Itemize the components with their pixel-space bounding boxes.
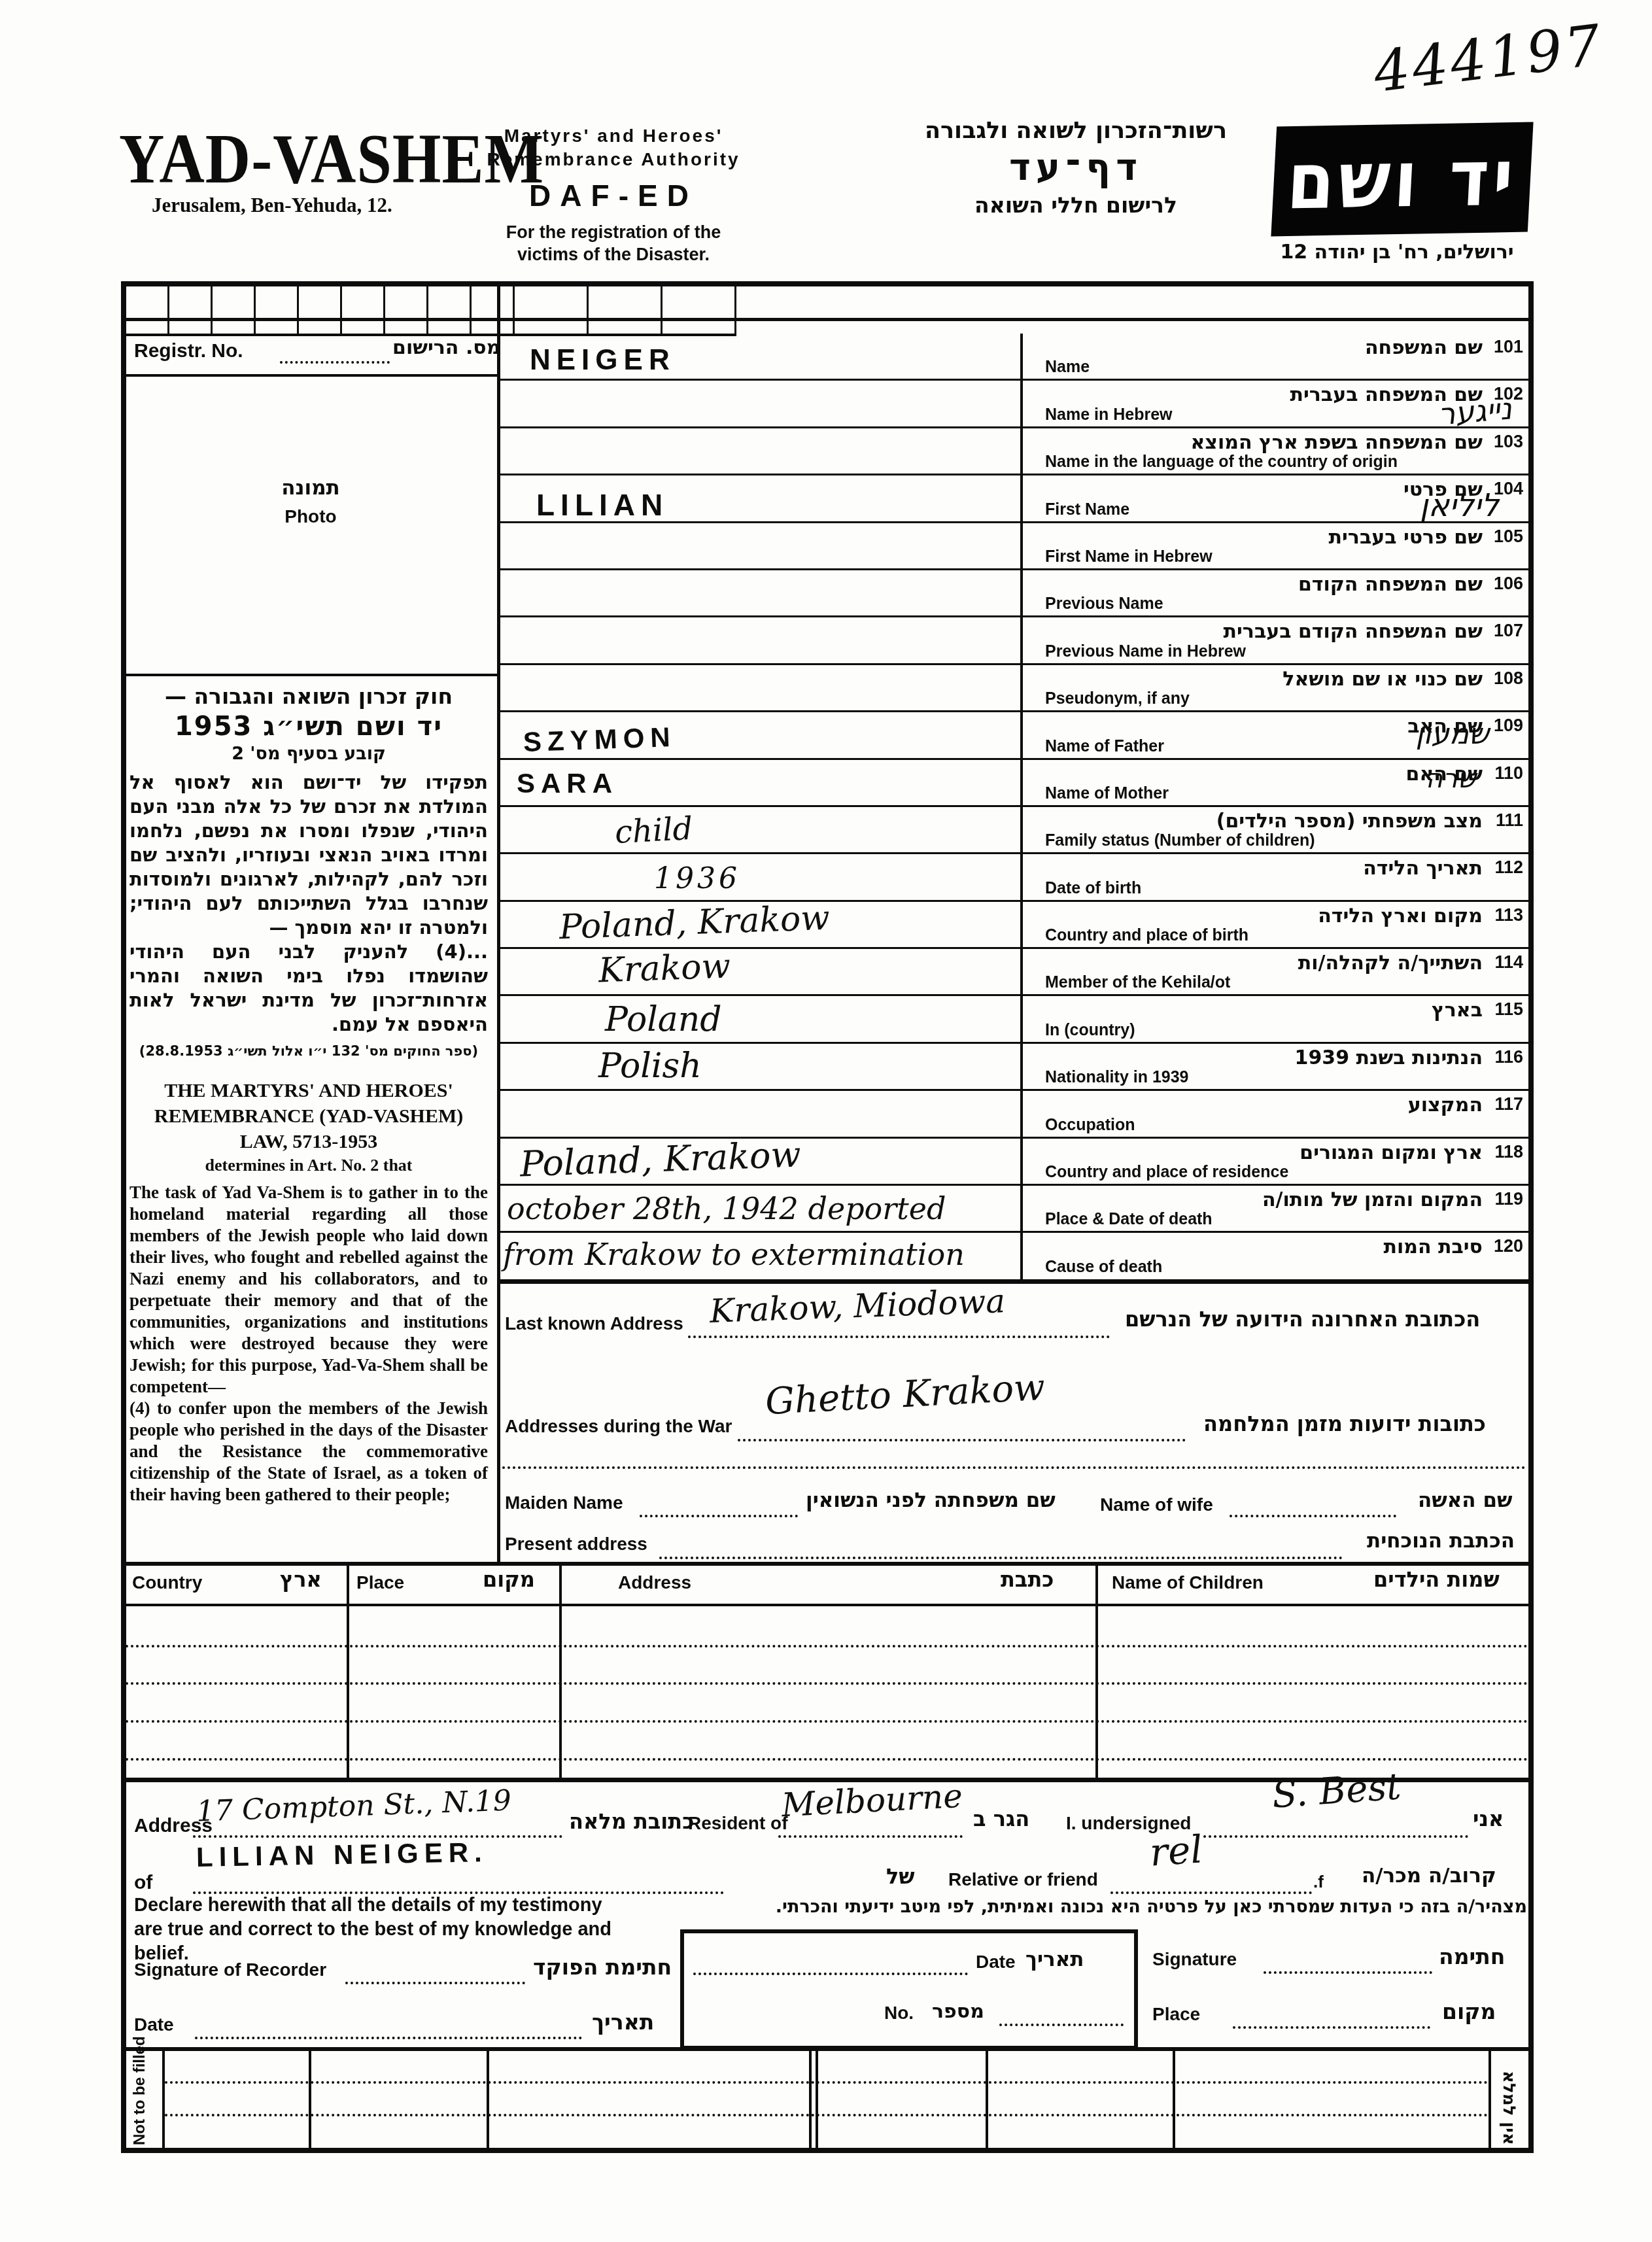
undersigned-label-hebrew: אני [1473,1806,1504,1831]
field-row-113: מקום וארץ הלידה113Country and place of b… [500,902,1528,949]
date-line [195,2037,582,2039]
field-row-110: שם האם110Name of MotherSARAשרה [500,760,1528,807]
grid-cell [256,286,299,334]
relative-or-friend-value: rel [1148,1827,1204,1874]
official-no-line [999,2024,1124,2026]
box-border-right [1528,281,1534,2153]
field-105-number: 105 [1494,526,1523,547]
field-109-number: 109 [1494,716,1523,736]
field-117-label-hebrew: המקצוע [1408,1094,1483,1116]
grid-cell [213,286,256,334]
law-he-clause: ...(4) להעניק לבני העם היהודי שהושמדו נפ… [129,940,488,1037]
authority-line-1: Martyrs' and Heroes' [443,124,783,148]
war-addresses-label: Addresses during the War [505,1416,732,1437]
field-112-number: 112 [1494,857,1523,878]
field-row-106: שם המשפחה הקודם106Previous Name [500,570,1528,617]
field-115-label: In (country) [1045,1021,1135,1040]
resident-of-label: Resident of [688,1813,787,1834]
table-divider [1095,1566,1098,1780]
field-row-116: הנתינות בשנת 1939116Nationality in 1939P… [500,1044,1528,1091]
field-119-label-hebrew: המקום והזמן של מותו/ה [1262,1188,1483,1211]
field-119-label: Place & Date of death [1045,1210,1213,1229]
field-114-number: 114 [1494,952,1523,973]
undersigned-signature-value: S. Best [1271,1765,1403,1817]
present-address-label: Present address [505,1534,647,1555]
of-value: LILIAN NEIGER. [196,1837,488,1873]
grid-cell [663,286,736,334]
last-known-address-label-hebrew: הכתובת האחרונה הידועה של הנרשם [1125,1307,1480,1332]
children-col-country: Country [132,1572,202,1593]
box-border-top [121,281,1534,286]
field-119-value: october 28th, 1942 deported [507,1191,946,1226]
grid-cell [589,286,663,334]
grid-cell [126,286,169,334]
field-114-label: Member of the Kehila/ot [1045,973,1230,992]
field-120-number: 120 [1494,1236,1523,1256]
table-divider [309,2051,311,2148]
field-119-number: 119 [1494,1189,1523,1209]
field-102-label: Name in Hebrew [1045,405,1173,424]
children-row-line [126,1645,1528,1647]
declaration-address-value: 17 Compton St., N.19 [196,1784,511,1829]
field-109-value-hebrew: שמעון [1415,717,1489,751]
purpose-line-2: victims of the Disaster. [443,243,783,266]
logo-text: יד ושם [1285,131,1520,227]
children-col-country-hebrew: ארץ [280,1567,322,1592]
signature-line [1264,1971,1432,1974]
not-to-be-filled-label: Not to be filled [131,2054,149,2145]
field-108-label: Pseudonym, if any [1045,689,1190,708]
field-116-value: Polish [598,1046,702,1086]
field-102-value-hebrew: נייגער [1437,391,1513,433]
law-he-subtitle: קובע בסעיף מס' 2 [129,743,488,765]
field-row-104: שם פרטי104First NameLILIANליליאן [500,475,1528,523]
children-col-children-hebrew: שמות הילדים [1373,1567,1500,1592]
purpose-line-1: For the registration of the [443,221,783,243]
law-en-body: The task of Yad Va-Shem is to gather in … [129,1182,488,1398]
table-divider [347,1566,349,1780]
authority-hebrew: רשות־הזכרון לשואה ולגבורה [909,116,1243,145]
field-103-label-hebrew: שם המשפחה בשפת ארץ המוצא [1191,431,1483,454]
war-addresses-value: Ghetto Krakow [765,1366,1046,1423]
field-row-114: השתייך/ה לקהלה/ות114Member of the Kehila… [500,949,1528,996]
field-114-value: Krakow [598,947,731,991]
children-row-line [126,1720,1528,1723]
form-name: DAF-ED [443,178,783,213]
hebrew-header-block: רשות־הזכרון לשואה ולגבורה דף־עד לרישום ח… [909,116,1243,220]
signature-label-hebrew: חתימה [1439,1944,1505,1969]
grid-cell [515,286,589,334]
children-table-header-border [121,1604,1534,1606]
field-101-number: 101 [1494,337,1523,357]
present-address-line [659,1557,1343,1559]
field-row-112: תאריך הלידה112Date of birth1936 [500,854,1528,901]
grid-cell [342,286,385,334]
field-109-label: Name of Father [1045,737,1164,756]
field-107-label-hebrew: שם המשפחה הקודם בעברית [1224,620,1483,643]
maiden-name-line [640,1515,798,1517]
field-row-107: שם המשפחה הקודם בעברית107Previous Name i… [500,617,1528,664]
field-section-top-border [124,318,1528,321]
field-107-label: Previous Name in Hebrew [1045,642,1246,661]
field-105-label: First Name in Hebrew [1045,547,1213,566]
official-date-line [693,1973,968,1975]
official-no-label: No. [884,2003,914,2024]
maiden-name-label-hebrew: שם משפחתה לפני הנשואין [806,1489,1056,1512]
official-date-label-hebrew: תאריך [1025,1948,1084,1971]
signature-of-recorder-line [345,1982,525,1984]
field-118-value: Poland, Krakow [519,1133,802,1184]
field-104-label: First Name [1045,500,1129,519]
signature-label: Signature [1152,1949,1237,1970]
law-en-title: THE MARTYRS' AND HEROES' REMEMBRANCE (YA… [129,1078,488,1154]
field-110-number: 110 [1494,763,1523,784]
not-to-be-filled-label-hebrew: אין למלא [1499,2054,1519,2145]
field-row-118: ארץ ומקום המגורים118Country and place of… [500,1139,1528,1186]
field-108-number: 108 [1494,668,1523,689]
bottom-table-top [121,2047,1534,2051]
table-divider [809,2051,812,2148]
registr-no-line [280,361,390,364]
field-row-102: שם המשפחה בעברית102Name in Hebrewנייגער [500,381,1528,428]
field-116-number: 116 [1494,1047,1523,1067]
wife-name-line [1230,1515,1396,1517]
table-divider [1173,2051,1175,2148]
field-117-number: 117 [1494,1094,1523,1114]
war-addresses-line [738,1439,1186,1441]
table-divider [816,2051,818,2148]
field-111-number: 111 [1496,810,1523,831]
field-111-value: child [614,810,694,851]
photo-label: Photo [124,506,497,527]
declaration-text-hebrew: מצהיר/ה בזה כי העדות שמסרתי כאן על פרטיה… [661,1897,1527,1917]
field-row-120: סיבת המות120Cause of deathfrom Krakow to… [500,1233,1528,1278]
children-col-place: Place [356,1572,404,1593]
field-110-label: Name of Mother [1045,784,1169,803]
field-118-label: Country and place of residence [1045,1163,1288,1182]
field-row-111: מצב משפחתי (מספר הילדים)111Family status… [500,807,1528,854]
law-he-title2: יד ושם תשי״ג 1953 [129,710,488,743]
handwritten-file-number: 444197 [1370,12,1607,105]
date-label-hebrew: תאריך [592,2009,654,2035]
field-109-value: SZYMON [523,721,676,758]
relative-suffix: .f [1313,1872,1324,1892]
divider [124,674,498,676]
field-107-number: 107 [1494,621,1523,641]
resident-of-line [778,1835,963,1838]
field-116-label-hebrew: הנתינות בשנת 1939 [1295,1046,1483,1069]
field-row-117: המקצוע117Occupation [500,1091,1528,1138]
field-115-value: Poland [605,1000,722,1039]
official-no-label-hebrew: מספר [932,2000,984,2023]
field-104-value: LILIAN [536,487,668,523]
field-116-label: Nationality in 1939 [1045,1068,1189,1087]
undersigned-line [1203,1835,1468,1838]
field-112-label: Date of birth [1045,879,1141,898]
field-120-label: Cause of death [1045,1258,1162,1277]
last-known-address-line [688,1336,1110,1338]
authority-line-2: Remembrance Authority [443,148,783,171]
field-115-number: 115 [1494,999,1523,1020]
divider-dotted [502,1466,1526,1469]
of-label: of [134,1872,152,1894]
children-row-line [126,1758,1528,1761]
box-border-left [121,281,126,2153]
org-city-hebrew: ירושלים, רח' בן יהודה 12 [1262,241,1532,264]
wife-name-label: Name of wife [1100,1494,1213,1515]
place-line [1233,2026,1430,2029]
law-he-citation: (ספר החוקים מס' 132 י״ו אלול תשי״ג 28.8.… [129,1043,488,1059]
bottom-table-row-line [165,2081,1489,2084]
field-112-value: 1936 [654,862,740,895]
field-106-label: Previous Name [1045,595,1163,613]
signature-of-recorder-label-hebrew: חתימת הפוקד [533,1954,672,1980]
registration-code-boxes [126,286,736,336]
field-105-label-hebrew: שם פרטי בעברית [1329,526,1483,549]
law-he-title: חוק זכרון השואה והגבורה — [129,683,488,710]
field-111-label: Family status (Number of children) [1045,831,1315,850]
last-known-address-label: Last known Address [505,1313,683,1334]
field-113-label: Country and place of birth [1045,926,1248,945]
grid-cell [428,286,472,334]
form-name-hebrew: דף־עד [909,145,1243,191]
org-city: Jerusalem, Ben-Yehuda, 12. [152,194,392,217]
divider [124,374,498,377]
grid-cell [385,286,428,334]
children-col-address-hebrew: כתבת [1001,1567,1054,1592]
field-111-label-hebrew: מצב משפחתי (מספר הילדים) [1216,810,1483,833]
place-label: Place [1152,2004,1200,2025]
field-115-label-hebrew: בארץ [1432,999,1483,1022]
field-103-number: 103 [1494,432,1523,452]
signature-of-recorder-label: Signature of Recorder [134,1959,326,1980]
field-section-bottom-border [500,1279,1528,1284]
box-border-bottom [121,2148,1534,2153]
field-110-value: SARA [517,768,618,799]
field-101-label-hebrew: שם המשפחה [1365,336,1483,359]
official-date-label: Date [976,1952,1016,1973]
declaration-address-line [193,1835,562,1838]
field-117-label: Occupation [1045,1116,1135,1135]
daf-ed-form-scan: 444197 YAD-VASHEM Jerusalem, Ben-Yehuda,… [0,0,1652,2242]
grid-cell [299,286,342,334]
relative-or-friend-label: Relative or friend [948,1869,1098,1890]
grid-cell [472,286,515,334]
field-120-label-hebrew: סיבת המות [1383,1235,1483,1258]
table-divider [986,2051,988,2148]
war-addresses-label-hebrew: כתובות ידועות מזמן המלחמה [1203,1411,1486,1436]
field-104-value-hebrew: ליליאן [1420,487,1499,524]
registr-no-label: Registr. No. [134,340,243,362]
field-110-value-hebrew: שרה [1426,764,1476,794]
field-106-label-hebrew: שם המשפחה הקודם [1298,573,1483,596]
wife-name-label-hebrew: שם האשה [1418,1489,1513,1512]
declaration-address-label-hebrew: כתובת מלאה [569,1809,694,1834]
authority-block: Martyrs' and Heroes' Remembrance Authori… [443,124,783,266]
maiden-name-label: Maiden Name [505,1492,623,1513]
photo-label-hebrew: תמונה [124,476,497,500]
field-108-label-hebrew: שם כנוי או שם מושאל [1282,668,1483,691]
field-row-101: שם המשפחה101NameNEIGER [500,334,1528,381]
of-label-hebrew: של [886,1864,915,1889]
registr-no-label-hebrew: מס. הרישום [392,336,500,359]
resident-of-value: Melbourne [781,1777,963,1824]
law-en-subtitle: determines in Art. No. 2 that [129,1154,488,1177]
field-row-108: שם כנוי או שם מושאל108Pseudonym, if any [500,665,1528,712]
field-row-109: שם האב109Name of FatherSZYMONשמעון [500,712,1528,759]
field-106-number: 106 [1494,574,1523,594]
table-divider [162,2051,165,2148]
field-112-label-hebrew: תאריך הלידה [1363,857,1483,880]
field-113-value: Poland, Krakow [559,898,831,946]
children-col-address: Address [618,1572,691,1593]
relative-or-friend-label-hebrew: קרוב/ה מכר/ה [1362,1864,1496,1888]
table-divider [1489,2051,1491,2148]
place-label-hebrew: מקום [1442,1999,1496,2024]
law-text-english: THE MARTYRS' AND HEROES' REMEMBRANCE (YA… [129,1078,488,1506]
children-col-children: Name of Children [1112,1572,1264,1593]
field-101-label: Name [1045,358,1090,377]
law-he-body: תפקידו של יד־ושם הוא לאסוף אל המולדת את … [129,770,488,940]
field-103-label: Name in the language of the country of o… [1045,453,1398,472]
last-known-address-value: Krakow, Miodowa [709,1282,1006,1330]
field-113-label-hebrew: מקום וארץ הלידה [1318,905,1483,927]
children-col-place-hebrew: מקום [483,1567,535,1592]
field-118-number: 118 [1494,1142,1523,1162]
field-row-119: המקום והזמן של מותו/ה119Place & Date of … [500,1186,1528,1233]
field-120-value: from Krakow to extermination [503,1237,965,1272]
field-rows: שם המשפחה101NameNEIGERשם המשפחה בעברית10… [500,334,1528,1279]
field-113-number: 113 [1494,905,1523,925]
field-114-label-hebrew: השתייך/ה לקהלה/ות [1298,952,1483,974]
yad-vashem-logo: יד ושם [1271,122,1533,237]
table-divider [559,1566,562,1780]
field-row-103: שם המשפחה בשפת ארץ המוצא103Name in the l… [500,428,1528,475]
field-row-115: בארץ115In (country)Poland [500,996,1528,1043]
field-row-105: שם פרטי בעברית105First Name in Hebrew [500,523,1528,570]
children-row-line [126,1682,1528,1685]
field-118-label-hebrew: ארץ ומקום המגורים [1299,1141,1483,1164]
children-table-top [121,1562,1534,1566]
field-101-value: NEIGER [530,344,676,377]
law-text-hebrew: חוק זכרון השואה והגבורה — יד ושם תשי״ג 1… [129,683,488,1059]
date-label: Date [134,2014,174,2035]
relative-or-friend-line [1110,1891,1312,1894]
grid-cell [169,286,213,334]
present-address-label-hebrew: הכתבת הנוכחית [1367,1529,1515,1553]
table-divider [487,2051,489,2148]
resident-of-label-hebrew: הגר ב [973,1806,1029,1831]
purpose-hebrew: לרישום חללי השואה [909,191,1243,220]
law-en-clause: (4) to confer upon the members of the Je… [129,1398,488,1506]
bottom-table-row-line [165,2114,1489,2116]
